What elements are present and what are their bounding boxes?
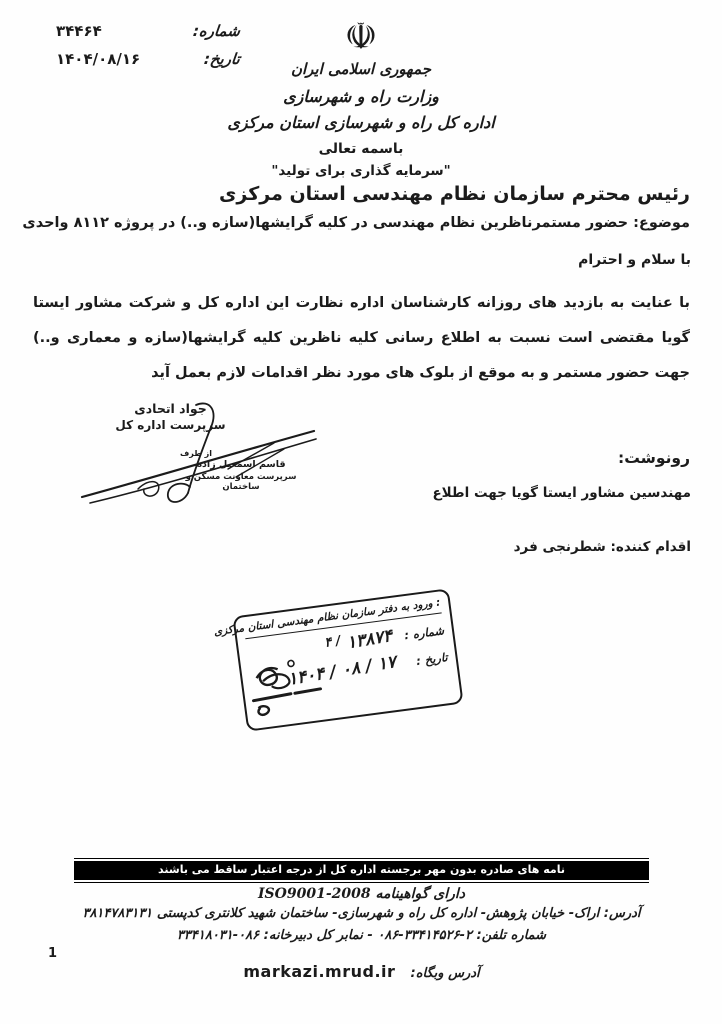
stamp-number-label: شماره : bbox=[397, 623, 444, 643]
address-line: آدرس: اراک- خیابان پژوهش- اداره کل راه و… bbox=[74, 906, 649, 921]
basmala-text: باسمه تعالی bbox=[0, 141, 722, 157]
subject-line: موضوع: حضور مستمرناظرین نظام مهندسی در ک… bbox=[22, 215, 690, 231]
website-label: آدرس وبگاه: bbox=[411, 966, 480, 981]
iso-value: ISO9001-2008 bbox=[258, 886, 371, 902]
deputy-title: سرپرست معاونت مسکن و ساختمان bbox=[166, 472, 316, 492]
recipient-title: رئیس محترم سازمان نظام مهندسی استان مرکز… bbox=[219, 183, 690, 205]
registry-stamp: : ورود به دفتر سازمان نظام مهندسی استان … bbox=[232, 588, 463, 731]
letterhead-directorate: اداره کل راه و شهرسازی استان مرکزی bbox=[0, 113, 722, 132]
stamp-number-value: ۴ / ۱۳۸۷۴ bbox=[324, 626, 394, 657]
deputy-signature-block: از طرف قاسم اسمعیل زاده سرپرست معاونت مس… bbox=[166, 449, 316, 492]
stamp-number-suffix: ۴ / bbox=[323, 634, 342, 651]
ink-scribble-icon bbox=[246, 652, 327, 723]
iso-label: دارای گواهینامه bbox=[375, 886, 465, 902]
footer-rule-bottom bbox=[74, 882, 649, 883]
cc-item: مهندسین مشاور ایستا گویا جهت اطلاع bbox=[432, 485, 691, 501]
letterhead-ministry: وزارت راه و شهرسازی bbox=[0, 87, 722, 106]
action-officer-line: اقدام کننده: شطرنجی فرد bbox=[514, 539, 691, 555]
iso-certificate-line: دارای گواهینامه ISO9001-2008 bbox=[74, 886, 649, 902]
signature-block: جواد اتحادی سرپرست اداره کل از طرف قاسم … bbox=[78, 397, 318, 515]
scanned-letter-page: شماره: ۳۴۴۶۴ تاریخ: ۱۴۰۴/۰۸/۱۶ ☫ جمهوری … bbox=[0, 0, 722, 1024]
footer: نامه های صادره بدون مهر برجسته اداره کل … bbox=[74, 858, 649, 981]
cc-heading: رونوشت: bbox=[618, 449, 690, 467]
year-slogan: "سرمایه گذاری برای تولید" bbox=[0, 163, 722, 179]
iran-emblem-icon: ☫ bbox=[0, 18, 722, 55]
on-behalf-label: از طرف bbox=[166, 449, 316, 458]
page-number: 1 bbox=[48, 946, 57, 961]
letter-body: با عنایت به بازدید های روزانه کارشناسان … bbox=[33, 286, 690, 391]
website-url: markazi.mrud.ir bbox=[243, 962, 395, 981]
letterhead-country: جمهوری اسلامی ایران bbox=[0, 60, 722, 78]
stamp-date-label: تاریخ : bbox=[401, 650, 448, 670]
footer-rule-top bbox=[74, 858, 649, 859]
website-line: آدرس وبگاه: markazi.mrud.ir bbox=[74, 962, 649, 981]
salutation: با سلام و احترام bbox=[578, 252, 691, 268]
stamp-number-main: ۱۳۸۷۴ bbox=[340, 626, 394, 654]
letterhead: ☫ جمهوری اسلامی ایران وزارت راه و شهرساز… bbox=[0, 18, 722, 179]
deputy-name: قاسم اسمعیل زاده bbox=[166, 459, 316, 470]
validity-notice-bar: نامه های صادره بدون مهر برجسته اداره کل … bbox=[74, 861, 649, 880]
phone-fax-line: شماره تلفن: ۲-۳۳۴۱۴۵۲۶-۰۸۶ - نمابر کل دب… bbox=[74, 928, 649, 943]
